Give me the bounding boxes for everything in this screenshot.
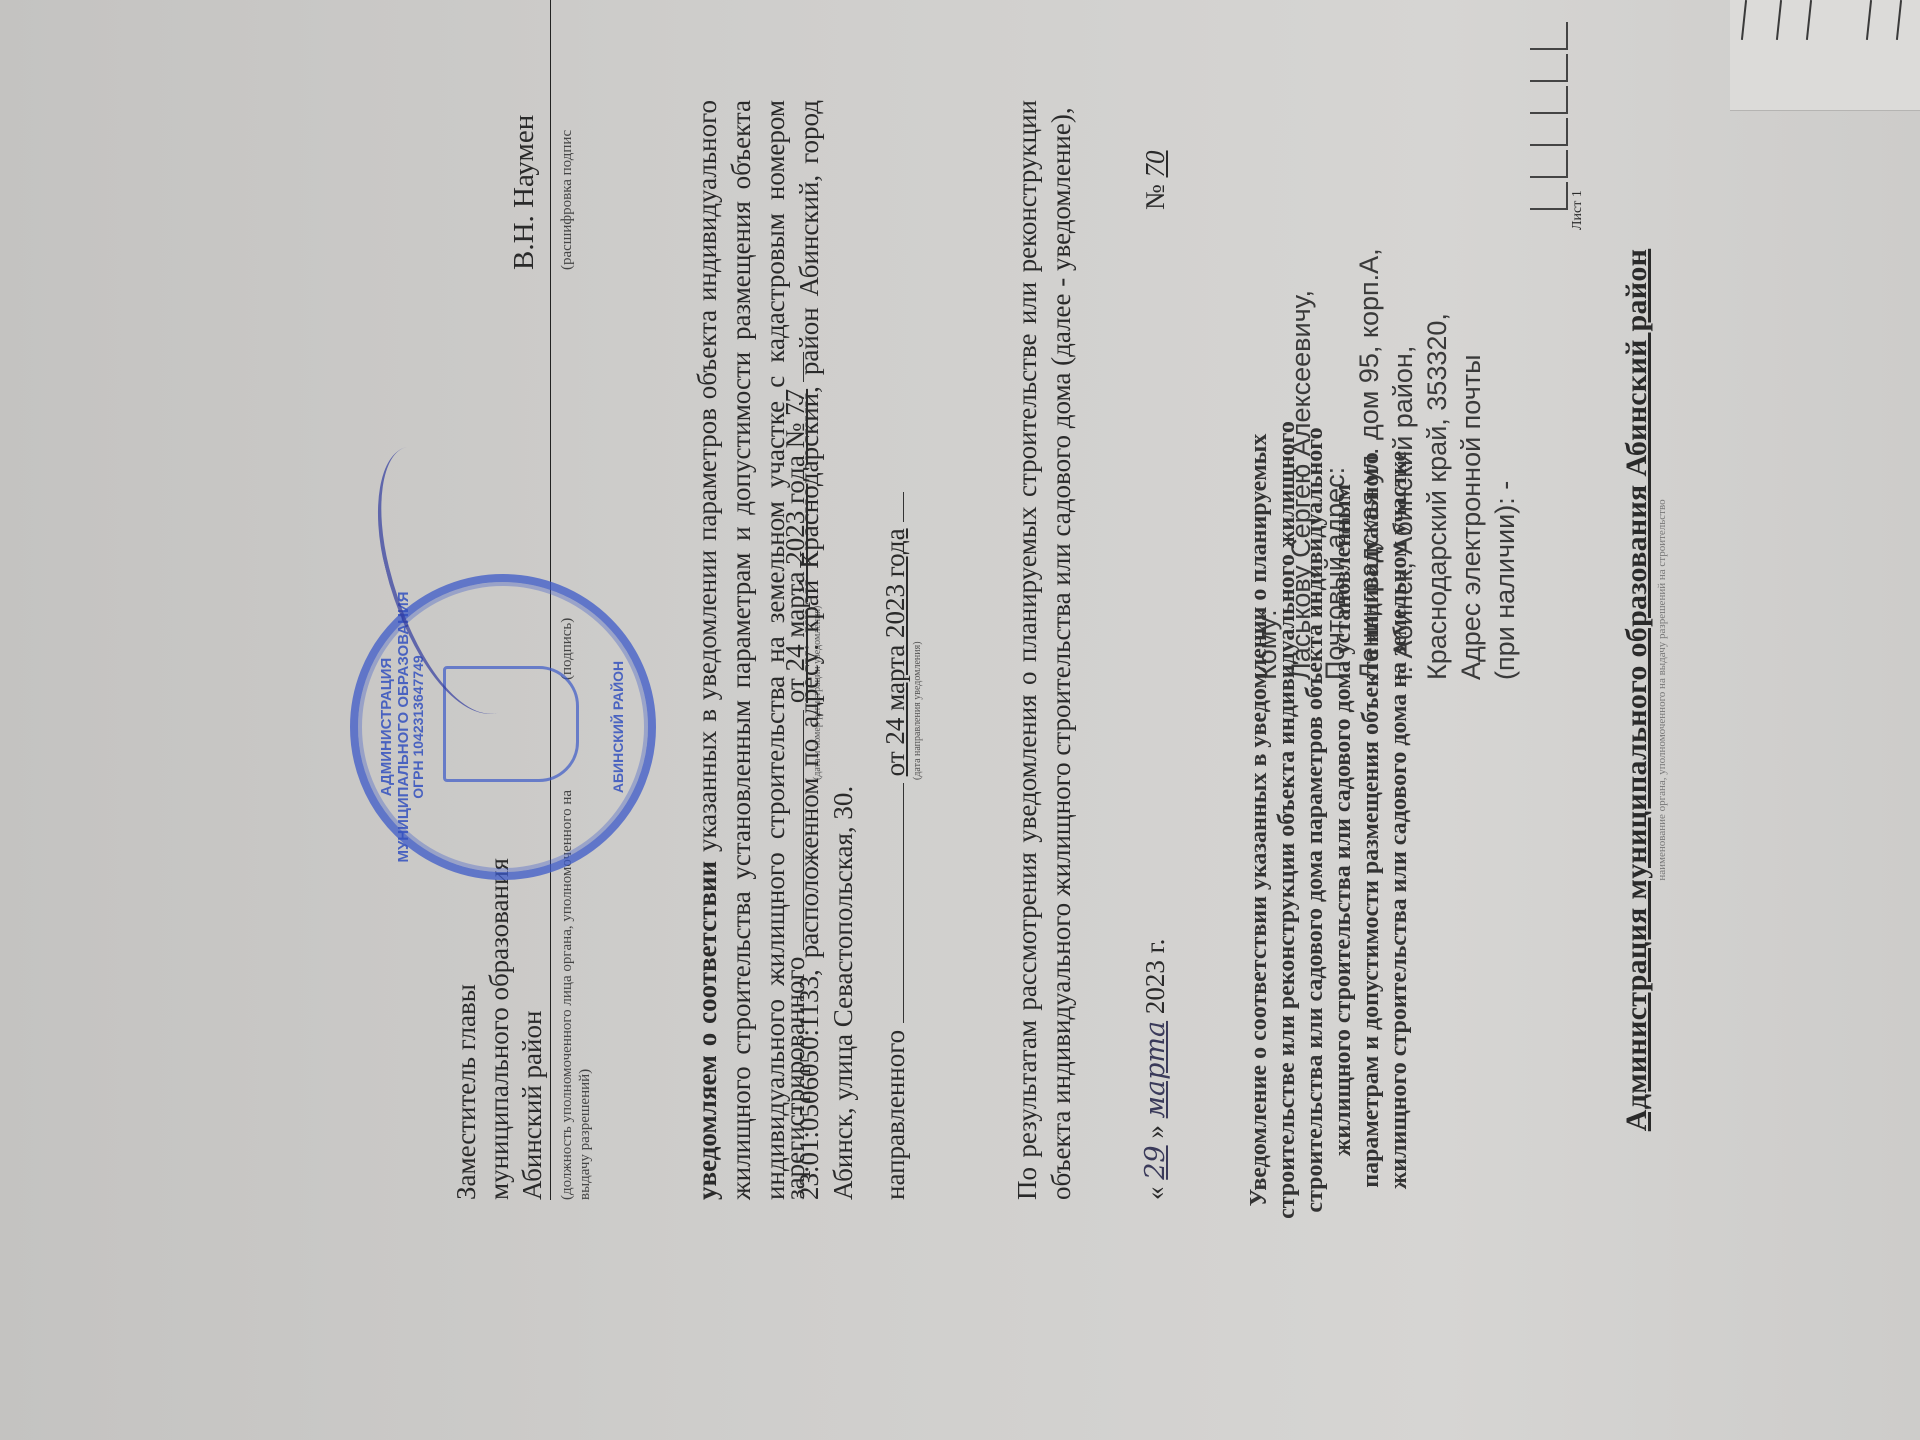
open-quote: « xyxy=(1140,1187,1170,1201)
organization-title: Администрация муниципального образования… xyxy=(1620,240,1654,1140)
conformity-lead: уведомляем о соответствии xyxy=(692,861,722,1200)
document-header: Администрация муниципального образования… xyxy=(1620,240,1668,1140)
sheet-label: Лист 1 xyxy=(1570,190,1586,230)
ruler-tick xyxy=(1896,0,1902,40)
date-month: марта xyxy=(1140,1021,1171,1118)
position-line: Заместитель главы xyxy=(450,858,483,1200)
document-page: Администрация муниципального образования… xyxy=(240,0,1800,1440)
name-caption: (расшифровка подпис xyxy=(558,130,576,270)
document-number: № 70 xyxy=(1140,150,1171,210)
ruler-tick xyxy=(1866,0,1872,40)
close-quote: » xyxy=(1140,1125,1170,1139)
email-label: Адрес электронной почты xyxy=(1454,248,1488,680)
position-line: муниципального образования xyxy=(483,858,516,1200)
address-line: Краснодарский край, 353320, xyxy=(1420,248,1454,680)
sent-line: направленного от 24 марта 2023 года (дат… xyxy=(880,100,911,1200)
stamp-bottom-text: АБИНСКИЙ РАЙОН xyxy=(610,582,626,872)
signer-position: Заместитель главы муниципального образов… xyxy=(450,858,549,1200)
email-value: (при наличии): - xyxy=(1488,248,1522,680)
paragraph-conformity: уведомляем о соответствии указанных в ув… xyxy=(690,100,860,1200)
sent-label: направленного xyxy=(880,1030,910,1200)
date-row: « 29 » марта 2023 г. № 70 xyxy=(1140,100,1171,1200)
notice-title: Уведомление о соответствии указанных в у… xyxy=(1245,420,1413,1220)
sent-caption: (дата направления уведомления) xyxy=(912,641,923,780)
paragraph-review: По результатам рассмотрения уведомления … xyxy=(1010,100,1078,1200)
form-stub-boxes xyxy=(1530,10,1570,210)
position-line: Абинский район xyxy=(516,858,549,1200)
number-label: № xyxy=(1140,184,1170,210)
sent-value: от 24 марта 2023 года xyxy=(880,528,910,776)
date-year: 2023 г. xyxy=(1140,939,1170,1015)
signer-name: В.Н. Наумен xyxy=(508,115,541,270)
organization-subcaption: наименование органа, уполномоченного на … xyxy=(1656,240,1668,1140)
date-day: 29 xyxy=(1140,1145,1171,1179)
number-value: 70 xyxy=(1140,150,1170,177)
ruler-tick xyxy=(1806,0,1812,40)
